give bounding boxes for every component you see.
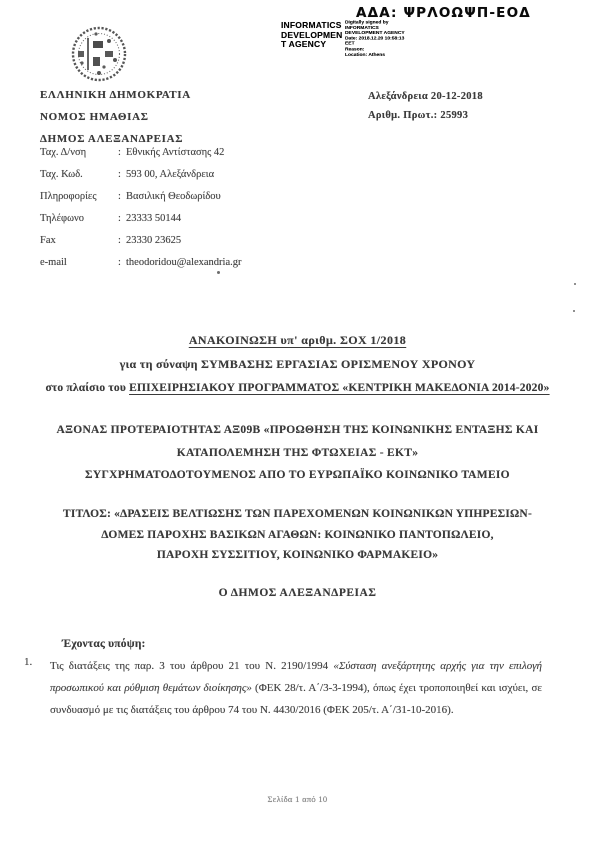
contact-label: Πληροφορίες	[40, 191, 118, 202]
having-regard-label: Έχοντας υπόψη:	[62, 638, 146, 650]
axis-line: ΣΥΓΧΡΗΜΑΤΟΔΟΤΟΥΜΕΝΟΣ ΑΠΟ ΤΟ ΕΥΡΩΠΑΪΚΟ ΚΟ…	[30, 464, 565, 487]
contact-value: theodoridou@alexandria.gr	[126, 257, 242, 268]
contact-row-phone: Τηλέφωνο : 23333 50144	[40, 213, 242, 235]
signature-stamp-details: Digitally signed by INFORMATICS DEVELOPM…	[345, 20, 443, 58]
contact-value: 23333 50144	[126, 213, 181, 224]
contact-row-address: Ταχ. Δ/νση : Εθνικής Αντίστασης 42	[40, 147, 242, 169]
priority-axis-heading: ΑΞΟΝΑΣ ΠΡΟΤΕΡΑΙΟΤΗΤΑΣ ΑΞ09Β «ΠΡΟΩΘΗΣΗ ΤΗ…	[30, 419, 565, 487]
contact-label: Ταχ. Δ/νση	[40, 147, 118, 158]
protocol-number: Αριθμ. Πρωτ.: 25993	[368, 107, 483, 126]
letterhead-republic: ΕΛΛΗΝΙΚΗ ΔΗΜΟΚΡΑΤΙΑ	[40, 84, 191, 106]
contact-colon: :	[118, 191, 126, 202]
contact-colon: :	[118, 257, 126, 268]
announcement-number: ΑΝΑΚΟΙΝΩΣΗ υπ' αριθμ. ΣΟΧ 1/2018	[30, 333, 565, 348]
contact-details: Ταχ. Δ/νση : Εθνικής Αντίστασης 42 Ταχ. …	[40, 147, 242, 279]
stamp-detail-line: Location: Athens	[345, 52, 443, 57]
axis-line: ΑΞΟΝΑΣ ΠΡΟΤΕΡΑΙΟΤΗΤΑΣ ΑΞ09Β «ΠΡΟΩΘΗΣΗ ΤΗ…	[30, 419, 565, 442]
contact-row-information: Πληροφορίες : Βασιλική Θεοδωρίδου	[40, 191, 242, 213]
contact-value: Βασιλική Θεοδωρίδου	[126, 191, 221, 202]
contact-row-fax: Fax : 23330 23625	[40, 235, 242, 257]
contact-colon: :	[118, 235, 126, 246]
list-item-number: 1.	[24, 656, 32, 668]
project-title-line: ΠΑΡΟΧΗ ΣΥΣΣΙΤΙΟΥ, ΚΟΙΝΩΝΙΚΟ ΦΑΡΜΑΚΕΙΟ»	[30, 545, 565, 566]
contact-row-email: e-mail : theodoridou@alexandria.gr	[40, 257, 242, 279]
announcement-programme: στο πλαίσιο του ΕΠΙΧΕΙΡΗΣΙΑΚΟΥ ΠΡΟΓΡΑΜΜΑ…	[30, 382, 565, 394]
scan-artifact	[574, 283, 576, 285]
announcement-heading: ΑΝΑΚΟΙΝΩΣΗ υπ' αριθμ. ΣΟΧ 1/2018 για τη …	[30, 333, 565, 394]
contact-row-postcode: Ταχ. Κωδ. : 593 00, Αλεξάνδρεια	[40, 169, 242, 191]
page-number: Σελίδα 1 από 10	[0, 794, 595, 804]
list-item-text: Τις διατάξεις της παρ. 3 του άρθρου 21 τ…	[50, 655, 542, 721]
programme-name: ΕΠΙΧΕΙΡΗΣΙΑΚΟΥ ΠΡΟΓΡΑΜΜΑΤΟΣ «ΚΕΝΤΡΙΚΗ ΜΑ…	[129, 382, 549, 394]
letterhead-prefecture: ΝΟΜΟΣ ΗΜΑΘΙΑΣ	[40, 106, 191, 128]
project-title-line: ΤΙΤΛΟΣ: «ΔΡΑΣΕΙΣ ΒΕΛΤΙΩΣΗΣ ΤΩΝ ΠΑΡΕΧΟΜΕΝ…	[30, 504, 565, 525]
contact-value: 593 00, Αλεξάνδρεια	[126, 169, 214, 180]
project-title-heading: ΤΙΤΛΟΣ: «ΔΡΑΣΕΙΣ ΒΕΛΤΙΩΣΗΣ ΤΩΝ ΠΑΡΕΧΟΜΕΝ…	[30, 504, 565, 566]
document-page: ΑΔΑ: ΨΡΛΟΩΨΠ-ΕΟΔ INFORMATICS DEVELOPMEN …	[0, 0, 595, 842]
contact-colon: :	[118, 213, 126, 224]
scan-artifact	[217, 271, 220, 274]
date-protocol-block: Αλεξάνδρεια 20-12-2018 Αριθμ. Πρωτ.: 259…	[368, 88, 483, 125]
item-text-part: Τις διατάξεις της παρ. 3 του άρθρου 21 τ…	[50, 660, 333, 672]
place-date: Αλεξάνδρεια 20-12-2018	[368, 88, 483, 107]
issuer-heading: Ο ΔΗΜΟΣ ΑΛΕΞΑΝΔΡΕΙΑΣ	[30, 587, 565, 599]
ada-code: ΑΔΑ: ΨΡΛΟΩΨΠ-ΕΟΔ	[356, 5, 531, 21]
letterhead: ΕΛΛΗΝΙΚΗ ΔΗΜΟΚΡΑΤΙΑ ΝΟΜΟΣ ΗΜΑΘΙΑΣ ΔΗΜΟΣ …	[40, 84, 191, 150]
contact-colon: :	[118, 147, 126, 158]
announcement-subject: για τη σύναψη ΣΥΜΒΑΣΗΣ ΕΡΓΑΣΙΑΣ ΟΡΙΣΜΕΝΟ…	[30, 357, 565, 372]
contact-label: Ταχ. Κωδ.	[40, 169, 118, 180]
signature-stamp-agency: INFORMATICS DEVELOPMEN T AGENCY	[281, 21, 343, 50]
axis-line: ΚΑΤΑΠΟΛΕΜΗΣΗ ΤΗΣ ΦΤΩΧΕΙΑΣ - ΕΚΤ»	[30, 442, 565, 465]
contact-label: Τηλέφωνο	[40, 213, 118, 224]
contact-label: Fax	[40, 235, 118, 246]
contact-colon: :	[118, 169, 126, 180]
contact-value: Εθνικής Αντίστασης 42	[126, 147, 224, 158]
contact-label: e-mail	[40, 257, 118, 268]
scan-artifact	[573, 310, 575, 312]
programme-prefix: στο πλαίσιο του	[45, 382, 129, 394]
municipal-emblem-icon	[66, 25, 132, 83]
stamp-agency-line: T AGENCY	[281, 40, 343, 50]
project-title-line: ΔΟΜΕΣ ΠΑΡΟΧΗΣ ΒΑΣΙΚΩΝ ΑΓΑΘΩΝ: ΚΟΙΝΩΝΙΚΟ …	[30, 525, 565, 546]
contact-value: 23330 23625	[126, 235, 181, 246]
